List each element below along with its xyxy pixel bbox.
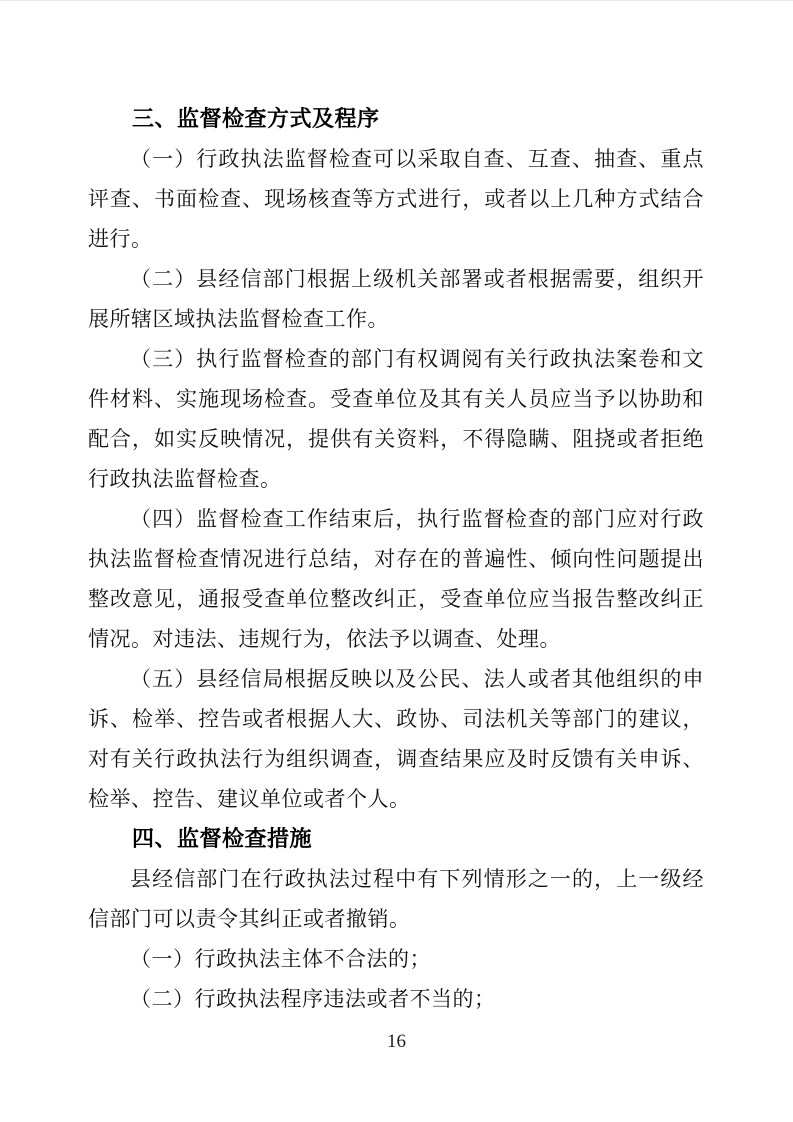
doc-paragraph: （四）监督检查工作结束后，执行监督检查的部门应对行政执法监督检查情况进行总结，对… [88,499,704,659]
doc-paragraph: （一）行政执法监督检查可以采取自查、互查、抽查、重点评查、书面检查、现场核查等方… [88,139,704,259]
doc-paragraph: （三）执行监督检查的部门有权调阅有关行政执法案卷和文件材料、实施现场检查。受查单… [88,339,704,499]
doc-paragraph: （二）行政执法程序违法或者不当的； [88,979,704,1019]
document-page: 三、监督检查方式及程序 （一）行政执法监督检查可以采取自查、互查、抽查、重点评查… [0,0,793,1122]
document-body: 三、监督检查方式及程序 （一）行政执法监督检查可以采取自查、互查、抽查、重点评查… [88,99,704,1019]
doc-paragraph: （二）县经信部门根据上级机关部署或者根据需要，组织开展所辖区域执法监督检查工作。 [88,259,704,339]
doc-paragraph: （一）行政执法主体不合法的； [88,939,704,979]
section-heading: 三、监督检查方式及程序 [88,99,704,139]
doc-paragraph: （五）县经信局根据反映以及公民、法人或者其他组织的申诉、检举、控告或者根据人大、… [88,659,704,819]
section-heading: 四、监督检查措施 [88,819,704,859]
doc-paragraph: 县经信部门在行政执法过程中有下列情形之一的，上一级经信部门可以责令其纠正或者撤销… [88,859,704,939]
page-number: 16 [0,1031,793,1053]
